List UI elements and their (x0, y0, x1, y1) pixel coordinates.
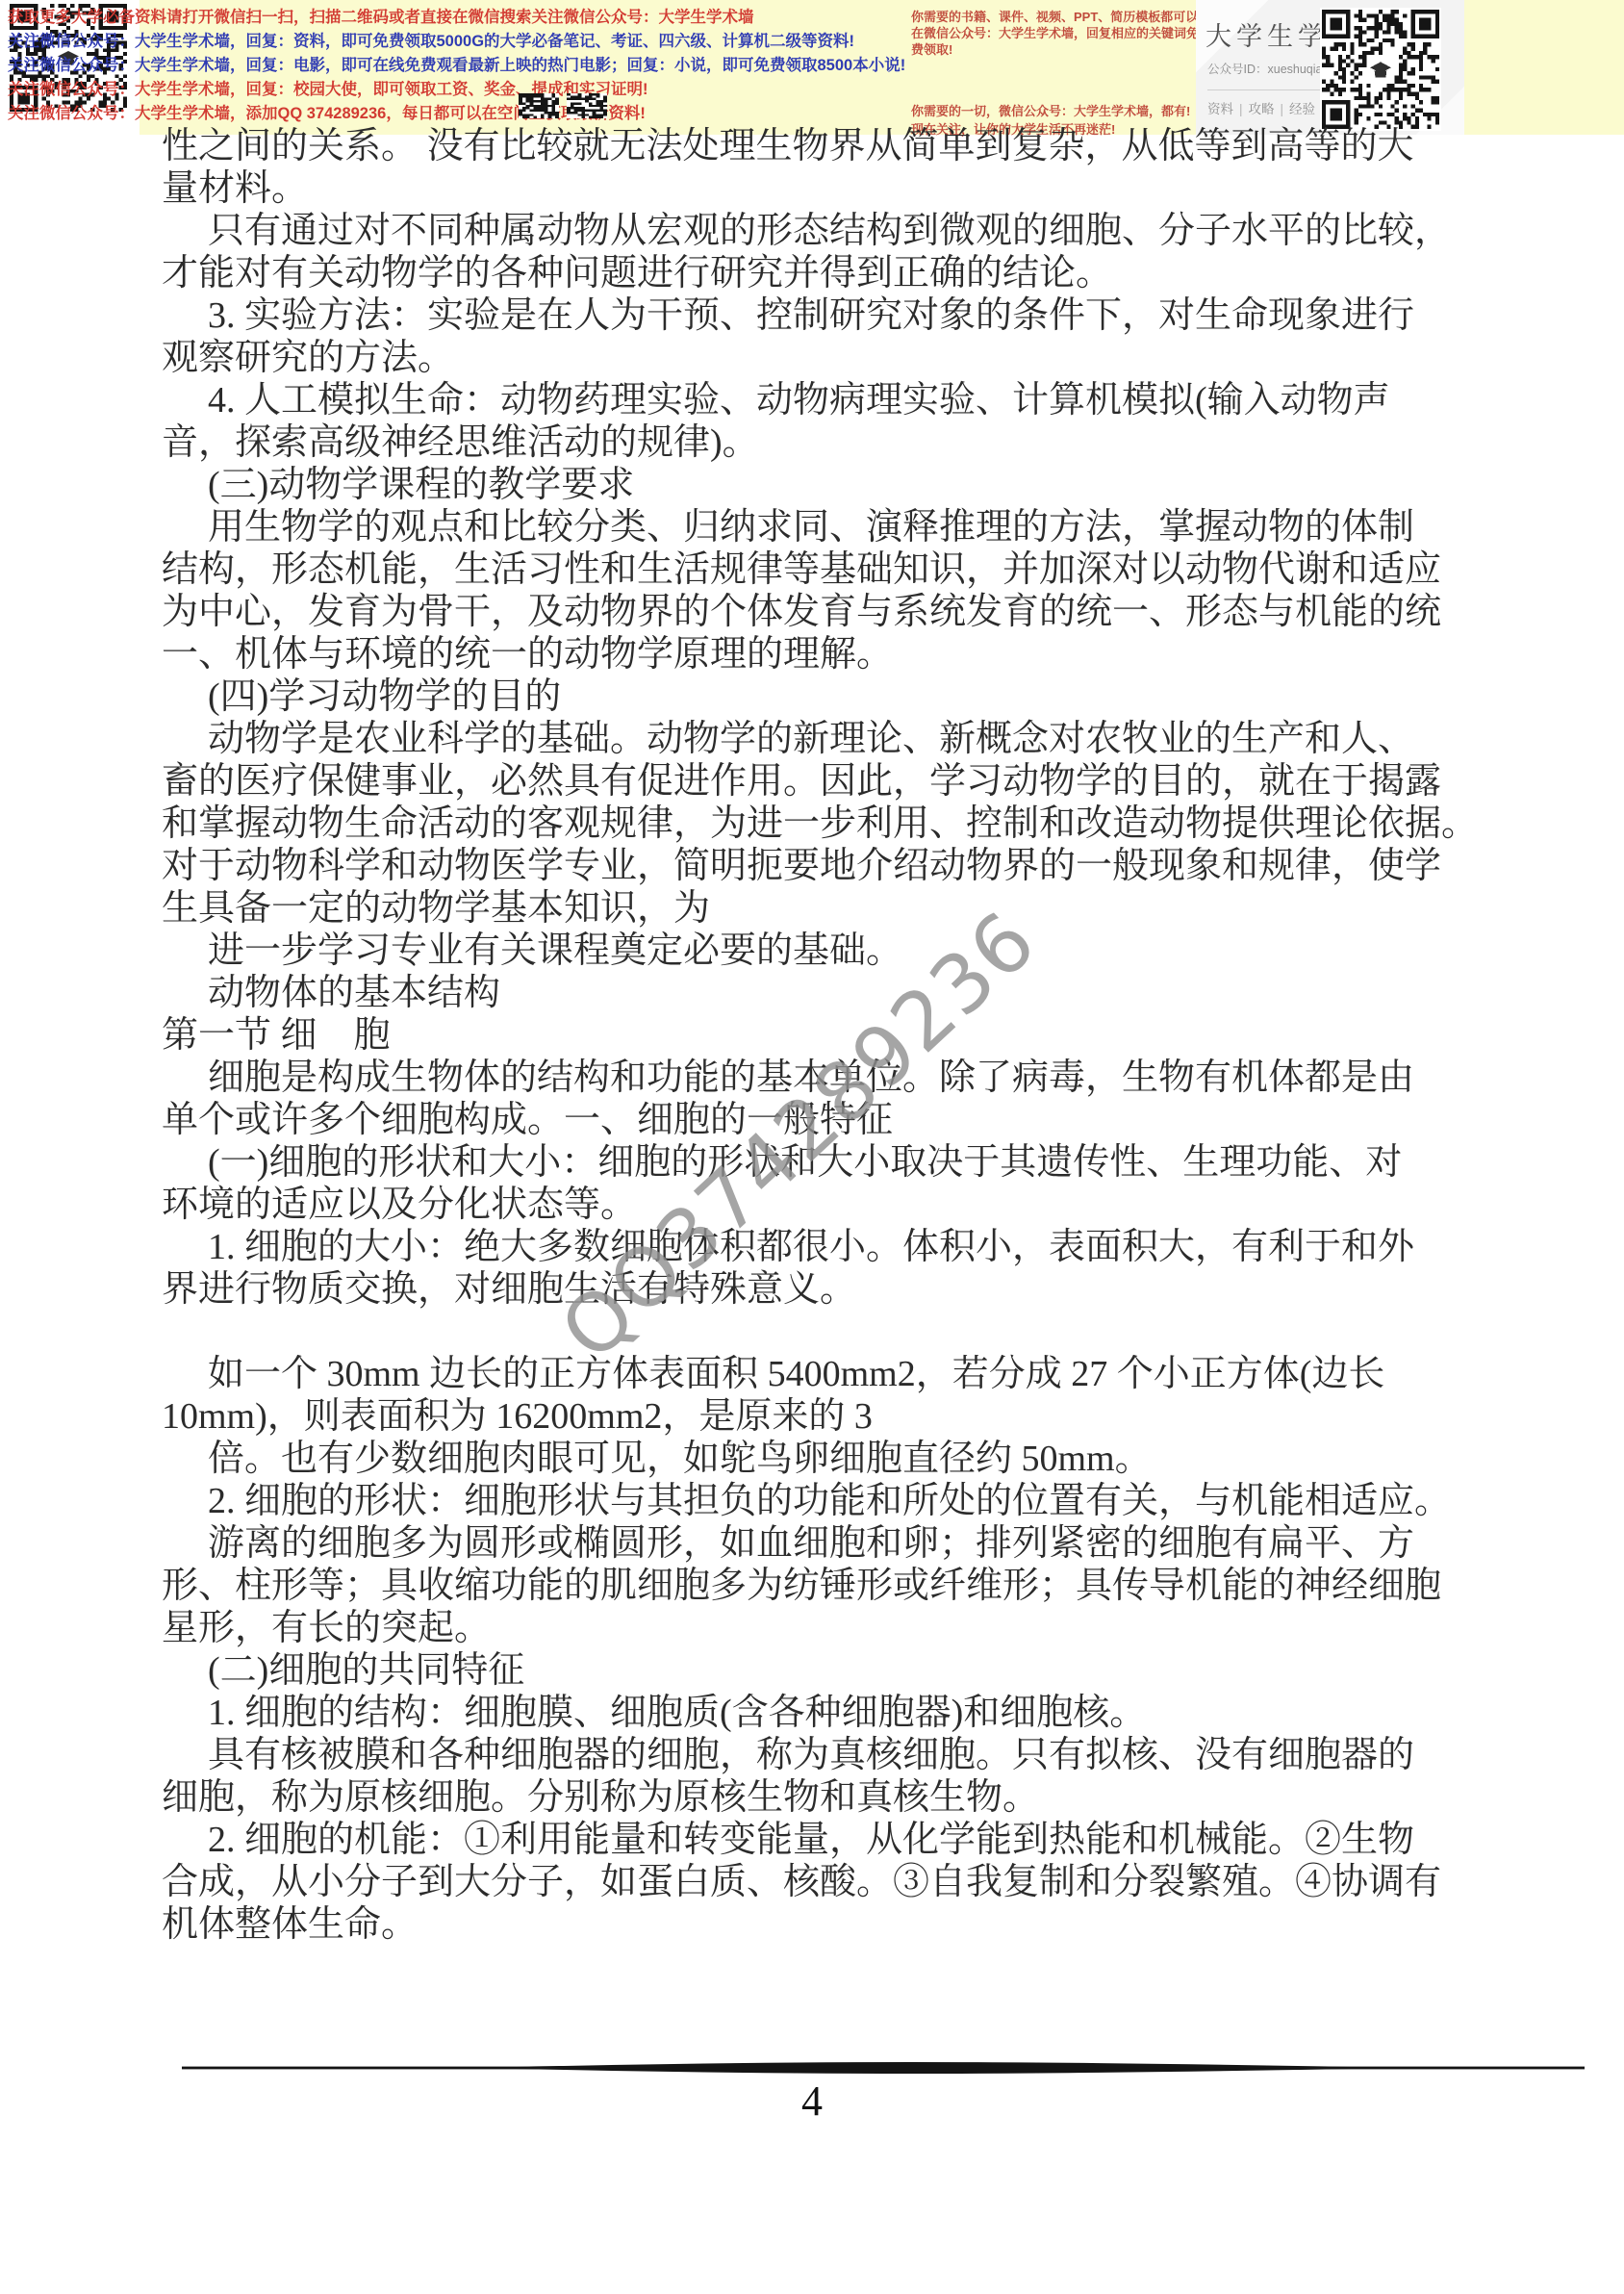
body-line: 动物学是农业科学的基础。动物学的新理论、新概念对农牧业的生产和人、 (162, 718, 1537, 760)
body-line: (四)学习动物学的目的 (162, 675, 1537, 718)
body-line: 性之间的关系。 没有比较就无法处理生物界从简单到复杂，从低等到高等的大 (162, 125, 1537, 167)
body-line: 4. 人工模拟生命：动物药理实验、动物病理实验、计算机模拟(输入动物声 (162, 379, 1537, 421)
body-line: 游离的细胞多为圆形或椭圆形，如血细胞和卵；排列紧密的细胞有扁平、方 (162, 1522, 1537, 1565)
side-note-text: 你需要的书籍、课件、视频、PPT、简历模板都可以在微信公众号：大学生学术墙，回复… (911, 9, 1200, 58)
promo-side-note: 你需要的书籍、课件、视频、PPT、简历模板都可以在微信公众号：大学生学术墙，回复… (911, 9, 1200, 58)
nav-keyword: 经验 (1289, 102, 1315, 116)
body-line: 如一个 30mm 边长的正方体表面积 5400mm2，若分成 27 个小正方体(… (162, 1353, 1537, 1395)
body-line: 用生物学的观点和比较分类、归纳求同、演释推理的方法，掌握动物的体制 (162, 506, 1537, 548)
promo-line: 获取更多大学必备资料请打开微信扫一扫，扫描二维码或者直接在微信搜索关注微信公众号… (8, 6, 907, 30)
body-line: 为中心，发育为骨干，及动物界的个体发育与系统发育的统一、形态与机能的统 (162, 591, 1537, 633)
body-line: 一、机体与环境的统一的动物学原理的理解。 (162, 633, 1537, 675)
mini-qr-decorations (519, 93, 607, 118)
official-account-card: 大学生学术墙 公众号ID：xueshuqiang8888 资料|攻略|经验|未来 (1196, 0, 1464, 135)
side-note-line: 你需要的一切，微信公众号：大学生学术墙，都有! (911, 102, 1229, 120)
tapered-rule-graphic (182, 2060, 1585, 2076)
body-line: 2. 细胞的形状：细胞形状与其担负的功能和所处的位置有关，与机能相适应。 (162, 1480, 1537, 1522)
body-line: 具有核被膜和各种细胞器的细胞，称为真核细胞。只有拟核、没有细胞器的 (162, 1734, 1537, 1776)
nav-separator: | (1281, 102, 1284, 116)
promo-line: 关注微信公众号：大学生学术墙，回复：资料，即可免费领取5000G的大学必备笔记、… (8, 30, 907, 54)
body-line: 才能对有关动物学的各种问题进行研究并得到正确的结论。 (162, 252, 1537, 294)
body-line: 观察研究的方法。 (162, 337, 1537, 379)
body-line: 1. 细胞的结构：细胞膜、细胞质(含各种细胞器)和细胞核。 (162, 1692, 1537, 1734)
body-line: 星形，有长的突起。 (162, 1607, 1537, 1649)
page-number: 4 (0, 2077, 1624, 2126)
nav-keyword: 攻略 (1249, 102, 1275, 116)
body-line: 合成，从小分子到大分子，如蛋白质、核酸。③自我复制和分裂繁殖。④协调有 (162, 1861, 1537, 1903)
footer-divider-rule (182, 2060, 1585, 2076)
body-line: 环境的适应以及分化状态等。 (162, 1184, 1537, 1226)
body-line: 2. 细胞的机能：①利用能量和转变能量，从化学能到热能和机械能。②生物 (162, 1819, 1537, 1861)
body-line: 生具备一定的动物学基本知识，为 (162, 887, 1537, 930)
promo-text-lines: 获取更多大学必备资料请打开微信扫一扫，扫描二维码或者直接在微信搜索关注微信公众号… (8, 6, 907, 126)
body-line: 3. 实验方法：实验是在人为干预、控制研究对象的条件下，对生命现象进行 (162, 294, 1537, 337)
body-line: 畜的医疗保健事业，必然具有促进作用。因此，学习动物学的目的，就在于揭露 (162, 760, 1537, 803)
body-line: 进一步学习专业有关课程奠定必要的基础。 (162, 930, 1537, 972)
body-line: 机体整体生命。 (162, 1903, 1537, 1946)
promo-line: 关注微信公众号：大学生学术墙，回复：电影，即可在线免费观看最新上映的热门电影；回… (8, 54, 907, 78)
body-line: 量材料。 (162, 167, 1537, 210)
body-line: 细胞，称为原核细胞。分别称为原核生物和真核生物。 (162, 1776, 1537, 1819)
body-line: 动物体的基本结构 (162, 972, 1537, 1014)
body-line: 对于动物科学和动物医学专业，简明扼要地介绍动物界的一般现象和规律，使学 (162, 845, 1537, 887)
body-line: 结构，形态机能，生活习性和生活规律等基础知识，并加深对以动物代谢和适应 (162, 548, 1537, 591)
promo-line: 关注微信公众号：大学生学术墙，添加QQ 374289236，每日都可以在空间上获… (8, 102, 907, 126)
body-line: 音，探索高级神经思维活动的规律)。 (162, 421, 1537, 464)
body-line (162, 1311, 1537, 1353)
body-line: 形、柱形等；具收缩功能的肌细胞多为纺锤形或纤维形；具传导机能的神经细胞 (162, 1565, 1537, 1607)
scanned-document-page: 获取更多大学必备资料请打开微信扫一扫，扫描二维码或者直接在微信搜索关注微信公众号… (0, 0, 1624, 2294)
nav-separator: | (1239, 102, 1243, 116)
body-line: (二)细胞的共同特征 (162, 1649, 1537, 1692)
body-line: 10mm)，则表面积为 16200mm2，是原来的 3 (162, 1395, 1537, 1438)
body-line: 只有通过对不同种属动物从宏观的形态结构到微观的细胞、分子水平的比较， (162, 210, 1537, 252)
body-line: 1. 细胞的大小：绝大多数细胞体积都很小。体积小，表面积大，有利于和外 (162, 1226, 1537, 1268)
nav-keyword: 资料 (1207, 102, 1233, 116)
body-line: (三)动物学课程的教学要求 (162, 464, 1537, 506)
promo-banner: 获取更多大学必备资料请打开微信扫一扫，扫描二维码或者直接在微信搜索关注微信公众号… (0, 0, 1624, 135)
body-line: 倍。也有少数细胞肉眼可见，如鸵鸟卵细胞直径约 50mm。 (162, 1438, 1537, 1480)
account-qr-code-icon (1320, 8, 1441, 131)
mini-qr-icon (519, 93, 559, 118)
mini-qr-icon (567, 93, 607, 118)
body-line: 和掌握动物生命活动的客观规律，为进一步利用、控制和改造动物提供理论依据。 (162, 803, 1537, 845)
promo-line: 关注微信公众号：大学生学术墙，回复：校园大使，即可领取工资、奖金、提成和实习证明… (8, 78, 907, 102)
body-line: 界进行物质交换，对细胞生活有特殊意义。 (162, 1268, 1537, 1311)
